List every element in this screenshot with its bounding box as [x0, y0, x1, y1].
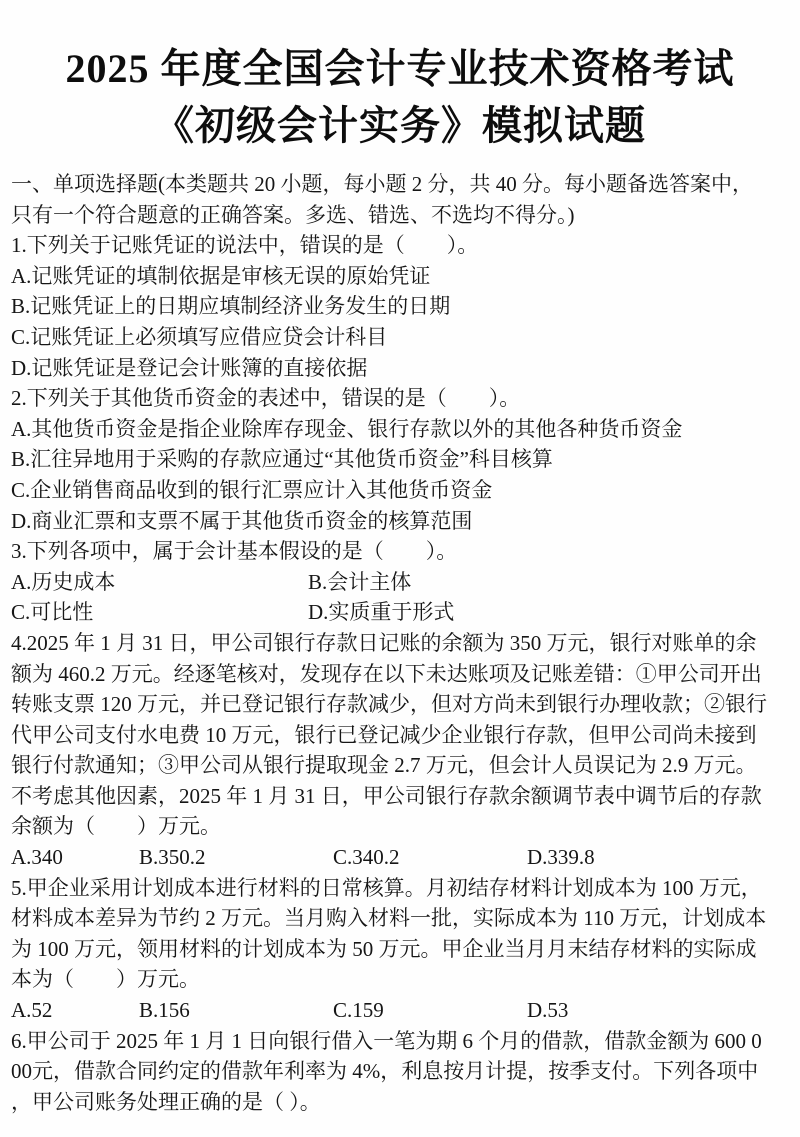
question-text-line: ，甲公司账务处理正确的是（ ）。 [11, 1087, 792, 1118]
option-line: A.其他货币资金是指企业除库存现金、银行存款以外的其他各种货币资金 [11, 414, 792, 445]
option-line: A.记账凭证的填制依据是审核无误的原始凭证 [11, 261, 792, 292]
option-item: A.历史成本 [11, 567, 308, 598]
exam-title-block: 2025 年度全国会计专业技术资格考试 《初级会计实务》模拟试题 [0, 0, 800, 154]
option-line: B.记账凭证上的日期应填制经济业务发生的日期 [11, 291, 792, 322]
option-line: D.记账凭证是登记会计账簿的直接依据 [11, 353, 792, 384]
question-text-line: 材料成本差异为节约 2 万元。当月购入材料一批，实际成本为 110 万元，计划成… [11, 903, 792, 934]
question-text-line: 6.甲公司于 2025 年 1 月 1 日向银行借入一笔为期 6 个月的借款，借… [11, 1026, 792, 1057]
options-row: A.340B.350.2C.340.2D.339.8 [11, 842, 792, 873]
question-text-line: 不考虑其他因素，2025 年 1 月 31 日，甲公司银行存款余额调节表中调节后… [11, 781, 792, 812]
question-text-line: 4.2025 年 1 月 31 日，甲公司银行存款日记账的余额为 350 万元，… [11, 628, 792, 659]
option-line: B.汇往异地用于采购的存款应通过“其他货币资金”科目核算 [11, 444, 792, 475]
question-text-line: 3.下列各项中，属于会计基本假设的是（ ）。 [11, 536, 792, 567]
question-text-line: 00元，借款合同约定的借款年利率为 4%，利息按月计提，按季支付。下列各项中 [11, 1056, 792, 1087]
option-item: A.52 [11, 995, 139, 1026]
question-text-line: 1.下列关于记账凭证的说法中，错误的是（ ）。 [11, 230, 792, 261]
option-item: C.可比性 [11, 597, 308, 628]
section-intro-line: 一、单项选择题(本类题共 20 小题，每小题 2 分，共 40 分。每小题备选答… [11, 169, 792, 200]
exam-title-line2: 《初级会计实务》模拟试题 [0, 97, 800, 154]
options-row: A.52B.156C.159D.53 [11, 995, 792, 1026]
option-item: D.339.8 [527, 842, 595, 873]
exam-paper-page: 2025 年度全国会计专业技术资格考试 《初级会计实务》模拟试题 一、单项选择题… [0, 0, 800, 1137]
question-text-line: 为 100 万元，领用材料的计划成本为 50 万元。甲企业当月月末结存材料的实际… [11, 934, 792, 965]
section-intro-line: 只有一个符合题意的正确答案。多选、错选、不选均不得分。) [11, 200, 792, 231]
option-item: C.340.2 [333, 842, 527, 873]
option-line: D.商业汇票和支票不属于其他货币资金的核算范围 [11, 506, 792, 537]
question-text-line: 本为（ ）万元。 [11, 964, 792, 995]
option-item: B.350.2 [139, 842, 333, 873]
document-body: 一、单项选择题(本类题共 20 小题，每小题 2 分，共 40 分。每小题备选答… [0, 154, 800, 1117]
question-text-line: 2.下列关于其他货币资金的表述中，错误的是（ ）。 [11, 383, 792, 414]
option-item: C.159 [333, 995, 527, 1026]
option-item: B.156 [139, 995, 333, 1026]
question-text-line: 余额为（ ）万元。 [11, 811, 792, 842]
option-item: B.会计主体 [308, 567, 411, 598]
question-text-line: 额为 460.2 万元。经逐笔核对，发现存在以下未达账项及记账差错：①甲公司开出 [11, 659, 792, 690]
exam-title-line1: 2025 年度全国会计专业技术资格考试 [0, 40, 800, 97]
question-text-line: 代甲公司支付水电费 10 万元，银行已登记减少企业银行存款，但甲公司尚未接到 [11, 720, 792, 751]
option-line: C.记账凭证上必须填写应借应贷会计科目 [11, 322, 792, 353]
option-item: D.实质重于形式 [308, 597, 454, 628]
question-text-line: 银行付款通知；③甲公司从银行提取现金 2.7 万元，但会计人员误记为 2.9 万… [11, 750, 792, 781]
question-text-line: 5.甲企业采用计划成本进行材料的日常核算。月初结存材料计划成本为 100 万元， [11, 873, 792, 904]
question-text-line: 转账支票 120 万元，并已登记银行存款减少，但对方尚未到银行办理收款；②银行 [11, 689, 792, 720]
options-row: C.可比性D.实质重于形式 [11, 597, 792, 628]
option-item: A.340 [11, 842, 139, 873]
option-line: C.企业销售商品收到的银行汇票应计入其他货币资金 [11, 475, 792, 506]
options-row: A.历史成本B.会计主体 [11, 567, 792, 598]
option-item: D.53 [527, 995, 568, 1026]
